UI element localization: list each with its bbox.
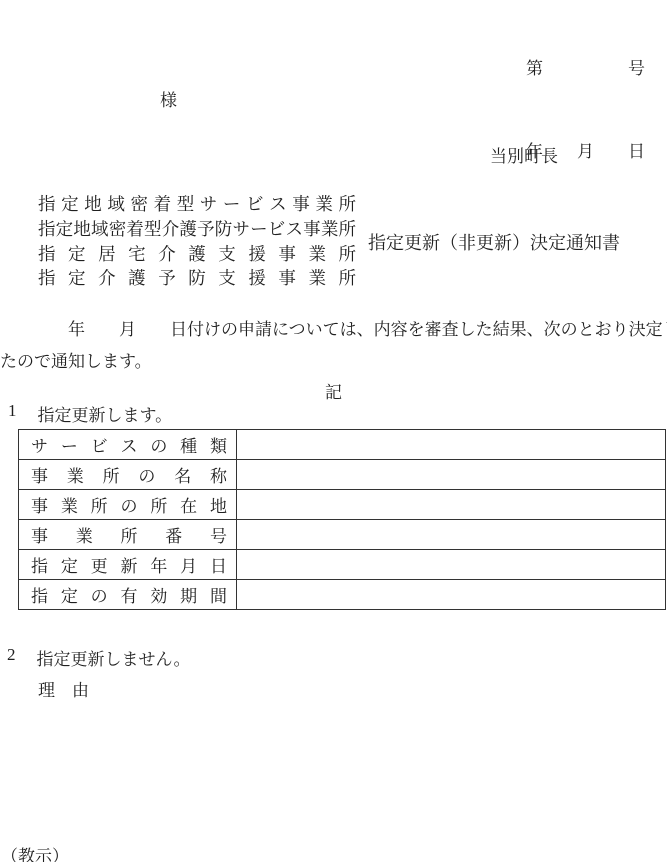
decision-table: サービスの種類 事業所の名称 事業所の所在地 事業所番号 指定更新年月日 指定の… [18,429,666,610]
ki-marker: 記 [0,378,667,403]
body-paragraph-line: たので通知します。 [0,347,152,372]
kyouji-note: （教示） [1,842,69,862]
sender-name: 当別町長 [490,142,558,167]
table-row: 事業所の名称 [19,460,666,490]
body-paragraph-line: 年 月 日付けの申請については、内容を審査した結果、次のとおり決定し [0,315,667,340]
row-label-office-address: 事業所の所在地 [19,490,237,520]
section-2-number: 2 [7,645,16,670]
doc-number-block: 第 号 年 月 日 [526,0,645,220]
office-type-list: 指定地域密着型サービス事業所 指定地域密着型介護予防サービス事業所 指定居宅介護… [38,192,356,291]
office-type-line: 指定地域密着型介護予防サービス事業所 [38,217,356,242]
row-label-service-type: サービスの種類 [19,430,237,460]
section-2-heading: 2 指定更新しません。 [7,645,191,670]
row-value-valid-period [237,580,666,610]
table-row: 事業所の所在地 [19,490,666,520]
addressee-honorific: 様 [160,86,177,111]
row-label-valid-period: 指定の有効期間 [19,580,237,610]
section-1-number: 1 [8,401,17,426]
table-row: サービスの種類 [19,430,666,460]
row-label-office-number: 事業所番号 [19,520,237,550]
row-value-office-name [237,460,666,490]
section-2-label: 指定更新しません。 [37,645,191,670]
office-type-line: 指定介護予防支援事業所 [38,266,356,291]
table-row: 指定の有効期間 [19,580,666,610]
document-title: 指定更新（非更新）決定通知書 [368,229,620,255]
table-row: 指定更新年月日 [19,550,666,580]
office-type-line: 指定居宅介護支援事業所 [38,242,356,267]
office-type-line: 指定地域密着型サービス事業所 [38,192,356,217]
row-value-renewal-date [237,550,666,580]
row-value-office-number [237,520,666,550]
row-label-office-name: 事業所の名称 [19,460,237,490]
document-page: 第 号 年 月 日 様 当別町長 指定地域密着型サービス事業所 指定地域密着型介… [0,0,667,862]
table-row: 事業所番号 [19,520,666,550]
doc-number-line: 第 号 [526,55,645,83]
row-value-service-type [237,430,666,460]
row-label-renewal-date: 指定更新年月日 [19,550,237,580]
reason-label: 理 由 [38,676,89,701]
row-value-office-address [237,490,666,520]
section-1-label: 指定更新します。 [38,401,173,426]
section-1-heading: 1 指定更新します。 [8,401,172,426]
